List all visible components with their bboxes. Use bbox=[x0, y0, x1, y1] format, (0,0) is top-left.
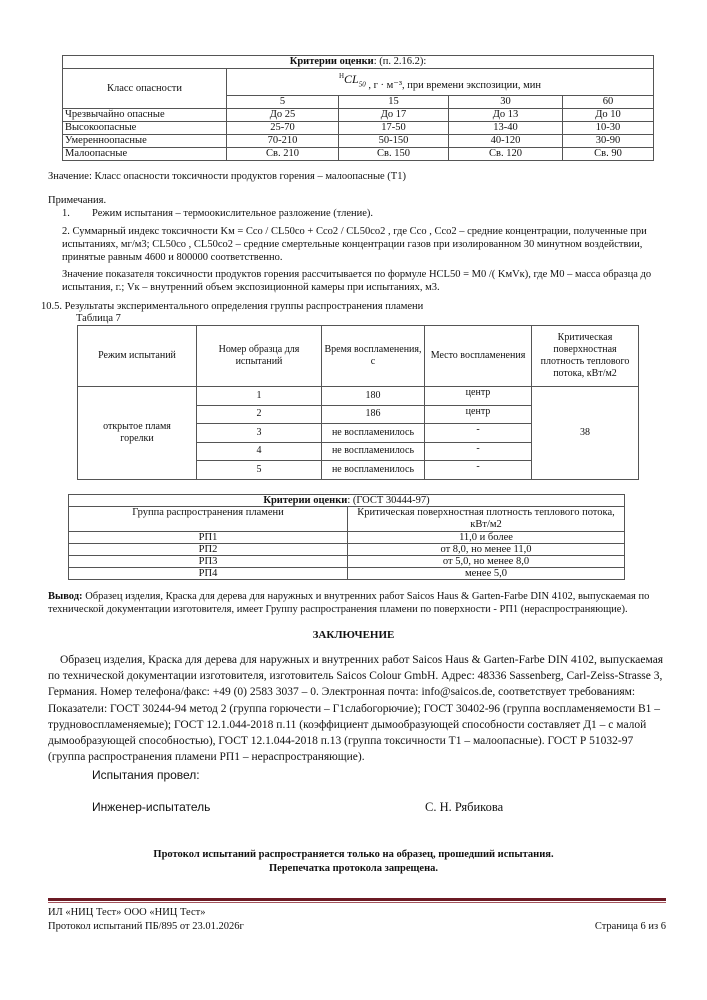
class-cell: Умеренноопасные bbox=[63, 135, 227, 148]
value-cell: Св. 210 bbox=[227, 148, 339, 161]
value-cell: от 5,0, но менее 8,0 bbox=[348, 556, 625, 568]
group-cell: РП3 bbox=[69, 556, 348, 568]
value-cell: 30-90 bbox=[563, 135, 654, 148]
value-cell: 25-70 bbox=[227, 122, 339, 135]
group-cell: РП1 bbox=[69, 532, 348, 544]
note-1-text: Режим испытания – термоокислительное раз… bbox=[92, 208, 373, 219]
table-7-label: Таблица 7 bbox=[76, 312, 691, 325]
conducted-by-label: Испытания провел: bbox=[92, 768, 200, 782]
exposure-time: 5 bbox=[227, 96, 339, 109]
value-cell: До 17 bbox=[339, 109, 449, 122]
mode-cell: открытое пламя горелки bbox=[78, 387, 197, 480]
header-ignition-place: Место воспламенения bbox=[425, 326, 532, 387]
table-row: Малоопасные Св. 210 Св. 150 Св. 120 Св. … bbox=[63, 148, 654, 161]
header-critical-flux: Критическая поверхностная плотность тепл… bbox=[532, 326, 639, 387]
sample-cell: 3 bbox=[197, 424, 322, 443]
value-cell: Св. 150 bbox=[339, 148, 449, 161]
flame-spread-results-table: Режим испытаний Номер образца для испыта… bbox=[77, 325, 639, 480]
criteria-title: Критерии оценки: (п. 2.16.2): bbox=[63, 56, 654, 69]
footer-rule bbox=[48, 898, 666, 901]
value-cell: 40-120 bbox=[449, 135, 563, 148]
header-mode: Режим испытаний bbox=[78, 326, 197, 387]
conclusion-title: ЗАКЛЮЧЕНИЕ bbox=[0, 629, 707, 642]
class-cell: Высокоопасные bbox=[63, 122, 227, 135]
notice-line-1: Протокол испытаний распространяется толь… bbox=[0, 848, 707, 862]
table-row: РП4 менее 5,0 bbox=[69, 568, 625, 580]
critical-flux-cell: 38 bbox=[532, 387, 639, 480]
toxicity-value-line: Значение: Класс опасности токсичности пр… bbox=[48, 170, 663, 183]
footer-org: ИЛ «НИЦ Тест» ООО «НИЦ Тест» bbox=[48, 906, 205, 920]
table-row: Умеренноопасные 70-210 50-150 40-120 30-… bbox=[63, 135, 654, 148]
sample-cell: 2 bbox=[197, 405, 322, 424]
value-cell: 10-30 bbox=[563, 122, 654, 135]
sample-cell: 1 bbox=[197, 387, 322, 406]
sample-cell: 4 bbox=[197, 442, 322, 461]
time-cell: 186 bbox=[322, 405, 425, 424]
value-cell: До 13 bbox=[449, 109, 563, 122]
header-group: Группа распространения пламени bbox=[69, 507, 348, 532]
footer-protocol: Протокол испытаний ПБ/895 от 23.01.2026г bbox=[48, 920, 244, 934]
table-row: РП1 11,0 и более bbox=[69, 532, 625, 544]
value-cell: менее 5,0 bbox=[348, 568, 625, 580]
place-cell: - bbox=[425, 424, 532, 443]
value-cell: 17-50 bbox=[339, 122, 449, 135]
value-cell: 13-40 bbox=[449, 122, 563, 135]
value-cell: До 10 bbox=[563, 109, 654, 122]
note-1: 1.Режим испытания – термоокислительное р… bbox=[62, 207, 677, 220]
value-cell: 11,0 и более bbox=[348, 532, 625, 544]
metric-header: HCL50 , г · м⁻³, при времени экспозиции,… bbox=[227, 69, 654, 96]
value-cell: Св. 120 bbox=[449, 148, 563, 161]
time-cell: не воспламенилось bbox=[322, 442, 425, 461]
header-ignition-time: Время воспламенения, с bbox=[322, 326, 425, 387]
class-cell: Малоопасные bbox=[63, 148, 227, 161]
notice-line-2: Перепечатка протокола запрещена. bbox=[0, 862, 707, 876]
value-cell: 50-150 bbox=[339, 135, 449, 148]
note-2: 2. Суммарный индекс токсичности Kм = Cco… bbox=[62, 225, 664, 264]
short-conclusion-text: Образец изделия, Краска для дерева для н… bbox=[48, 591, 649, 615]
place-cell: центр bbox=[425, 387, 532, 406]
exposure-time: 30 bbox=[449, 96, 563, 109]
header-sample-number: Номер образца для испытаний bbox=[197, 326, 322, 387]
place-cell: - bbox=[425, 461, 532, 480]
notes-heading: Примечания. bbox=[48, 194, 663, 207]
header-critical-flux: Критическая поверхностная плотность тепл… bbox=[348, 507, 625, 532]
exposure-time: 60 bbox=[563, 96, 654, 109]
time-cell: не воспламенилось bbox=[322, 424, 425, 443]
exposure-time: 15 bbox=[339, 96, 449, 109]
place-cell: - bbox=[425, 442, 532, 461]
group-cell: РП2 bbox=[69, 544, 348, 556]
table-row: Высокоопасные 25-70 17-50 13-40 10-30 bbox=[63, 122, 654, 135]
protocol-notice: Протокол испытаний распространяется толь… bbox=[0, 848, 707, 876]
sample-cell: 5 bbox=[197, 461, 322, 480]
table-row: открытое пламя горелки 1 180 центр 38 bbox=[78, 387, 639, 406]
time-cell: не воспламенилось bbox=[322, 461, 425, 480]
toxicity-criteria-table: Критерии оценки: (п. 2.16.2): Класс опас… bbox=[62, 55, 654, 161]
toxicity-formula-note: Значение показателя токсичности продукто… bbox=[62, 268, 664, 294]
table-row: РП2 от 8,0, но менее 11,0 bbox=[69, 544, 625, 556]
criteria-title: Критерии оценки: (ГОСТ 30444-97) bbox=[69, 495, 625, 507]
value-cell: До 25 bbox=[227, 109, 339, 122]
class-header: Класс опасности bbox=[63, 69, 227, 109]
class-cell: Чрезвычайно опасные bbox=[63, 109, 227, 122]
flame-spread-criteria-table: Критерии оценки: (ГОСТ 30444-97) Группа … bbox=[68, 494, 625, 580]
short-conclusion-label: Вывод: bbox=[48, 591, 83, 602]
value-cell: от 8,0, но менее 11,0 bbox=[348, 544, 625, 556]
short-conclusion: Вывод: Образец изделия, Краска для дерев… bbox=[48, 590, 668, 616]
footer-rule-thin bbox=[48, 902, 666, 903]
table-row: Чрезвычайно опасные До 25 До 17 До 13 До… bbox=[63, 109, 654, 122]
footer-page-number: Страница 6 из 6 bbox=[595, 920, 666, 934]
group-cell: РП4 bbox=[69, 568, 348, 580]
value-cell: 70-210 bbox=[227, 135, 339, 148]
time-cell: 180 bbox=[322, 387, 425, 406]
place-cell: центр bbox=[425, 405, 532, 424]
conclusion-text: Образец изделия, Краска для дерева для н… bbox=[48, 652, 670, 765]
signer-name: С. Н. Рябикова bbox=[425, 800, 503, 815]
signer-position: Инженер-испытатель bbox=[92, 800, 210, 814]
value-cell: Св. 90 bbox=[563, 148, 654, 161]
table-row: РП3 от 5,0, но менее 8,0 bbox=[69, 556, 625, 568]
note-1-number: 1. bbox=[62, 207, 92, 220]
